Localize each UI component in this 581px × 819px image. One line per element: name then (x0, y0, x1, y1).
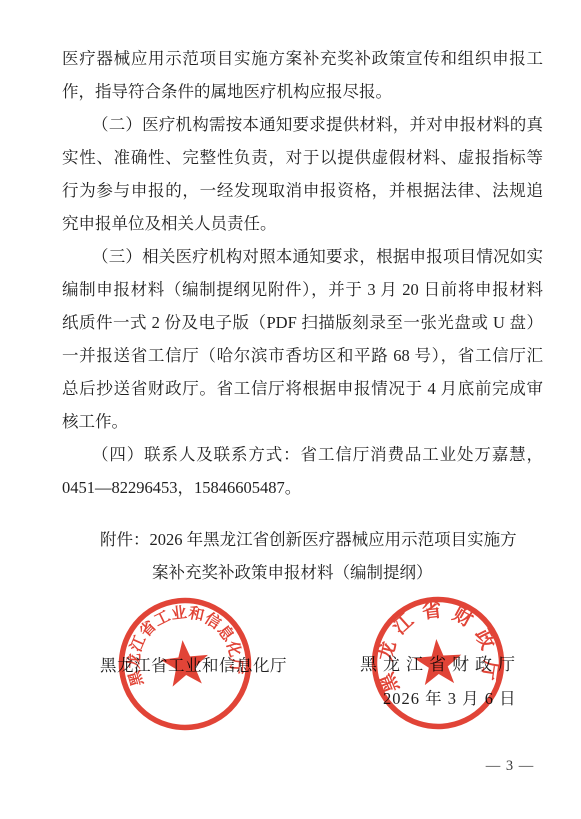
body-line: （四）联系人及联系方式：省工信厅消费品工业处万嘉慧， (62, 438, 543, 471)
body-line: 总后抄送省财政厅。省工信厅将根据申报情况于 4 月底前完成审 (62, 372, 543, 405)
official-seal-right: 黑龙江省财政厅 (363, 588, 512, 737)
page-number: — 3 — (470, 758, 550, 775)
official-seal-left: 黑龙江省工业和信息化厅 (108, 587, 262, 741)
body-line: （三）相关医疗机构对照本通知要求，根据申报项目情况如实 (62, 240, 543, 273)
body-text: 医疗器械应用示范项目实施方案补充奖补政策宣传和组织申报工 作，指导符合条件的属地… (62, 42, 543, 504)
body-line: （二）医疗机构需按本通知要求提供材料，并对申报材料的真 (62, 108, 543, 141)
attachment-title-line1: 附件：2026 年黑龙江省创新医疗器械应用示范项目实施方 (100, 523, 517, 556)
body-line: 编制申报材料（编制提纲见附件），并于 3 月 20 日前将申报材料 (62, 273, 543, 306)
body-line: 纸质件一式 2 份及电子版（PDF 扫描版刻录至一张光盘或 U 盘） (62, 306, 543, 339)
body-line: 一并报送省工信厅（哈尔滨市香坊区和平路 68 号），省工信厅汇 (62, 339, 543, 372)
body-line: 行为参与申报的，一经发现取消申报资格，并根据法律、法规追 (62, 174, 543, 207)
body-line: 究申报单位及相关人员责任。 (62, 207, 543, 240)
star-icon (413, 637, 464, 685)
body-line: 0451—82296453，15846605487。 (62, 471, 543, 504)
attachment-title-line2: 案补充奖补政策申报材料（编制提纲） (152, 556, 433, 589)
document-page: 医疗器械应用示范项目实施方案补充奖补政策宣传和组织申报工 作，指导符合条件的属地… (0, 0, 581, 819)
body-line: 作，指导符合条件的属地医疗机构应报尽报。 (62, 75, 543, 108)
body-line: 核工作。 (62, 405, 543, 438)
body-line: 医疗器械应用示范项目实施方案补充奖补政策宣传和组织申报工 (62, 42, 543, 75)
star-icon (159, 638, 211, 688)
body-line: 实性、准确性、完整性负责，对于以提供虚假材料、虚报指标等 (62, 141, 543, 174)
